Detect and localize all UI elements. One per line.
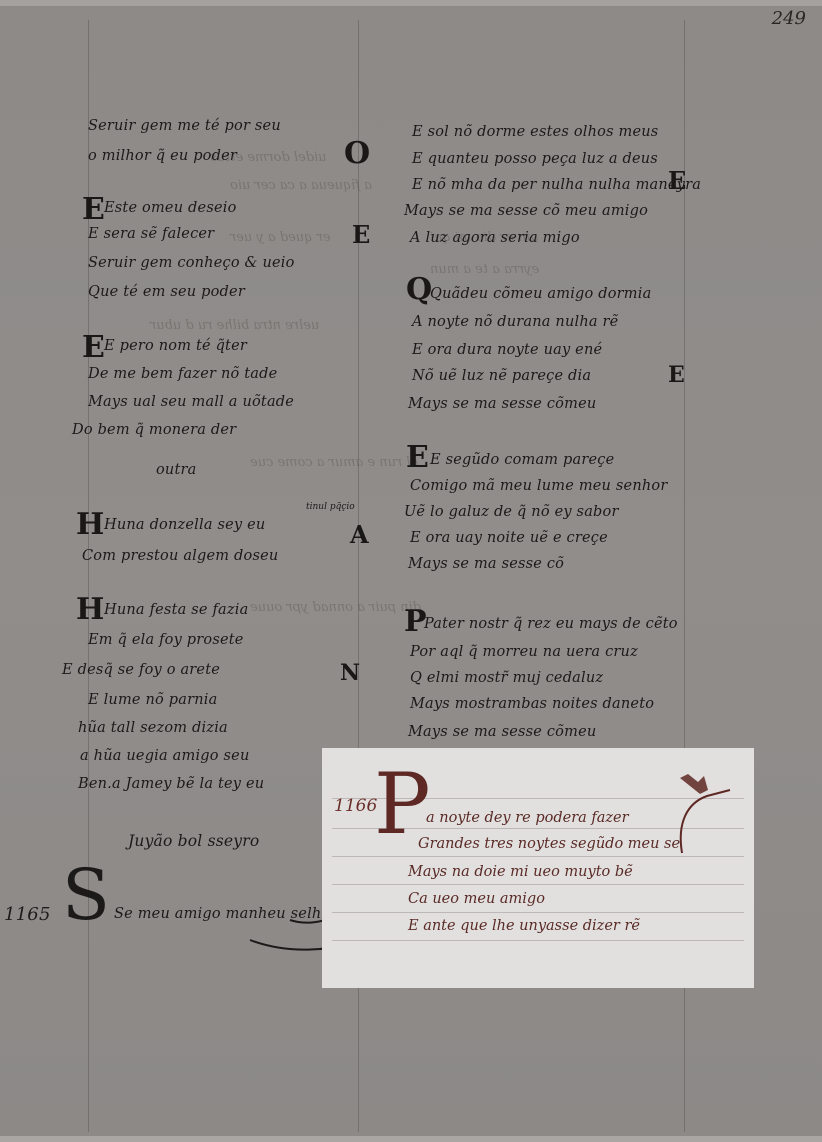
initial-E: E bbox=[406, 440, 429, 475]
right-column: E sol nõ dorme estes olhos meus E quante… bbox=[360, 0, 690, 760]
initial-H: H bbox=[76, 507, 105, 542]
verse-line: Mays na doie mi ueo muyto bẽ bbox=[408, 864, 633, 880]
initial-E: E bbox=[82, 192, 105, 227]
verse-line: De me bem fazer nõ tade bbox=[88, 366, 277, 382]
verse-line: Nõ uẽ luz nẽ pareçe dia bbox=[412, 368, 591, 384]
verse-line: Este omeu deseio bbox=[104, 200, 237, 216]
verse-line: Seruir gem me té por seu bbox=[88, 118, 281, 134]
verse-line: Que té em seu poder bbox=[88, 284, 245, 300]
verse-line: Mays mostrambas noites daneto bbox=[410, 696, 654, 712]
verse-line: Uẽ lo galuz de q̃ nõ ey sabor bbox=[404, 504, 619, 520]
verse-line: Huna donzella sey eu bbox=[104, 517, 265, 533]
verse-line: Por aql q̃ morreu na uera cruz bbox=[410, 644, 638, 660]
verse-line: a noyte dey re podera fazer bbox=[426, 810, 629, 826]
verse-line: E nõ mha da per nulha nulha maneyra bbox=[412, 177, 701, 193]
verse-line: E pero nom té q̃ter bbox=[104, 338, 247, 354]
verse-line: Em q̃ ela foy prosete bbox=[88, 632, 244, 648]
verse-line: a hũa uegia amigo seu bbox=[80, 748, 250, 764]
verse-line: o milhor q̃ eu poder bbox=[88, 148, 237, 164]
verse-line: Seruir gem conheço & ueio bbox=[88, 255, 295, 271]
initial-Q: Q bbox=[406, 272, 432, 307]
ruling-line bbox=[332, 912, 744, 913]
verse-line: Comigo mã meu lume meu senhor bbox=[410, 478, 667, 494]
verse-line: Quãdeu cõmeu amigo dormia bbox=[430, 286, 651, 302]
decorated-initial-S: S bbox=[62, 860, 110, 930]
verse-line: Mays se ma sesse cõmeu bbox=[408, 396, 596, 412]
verse-line: A luz agora seria migo bbox=[410, 230, 580, 246]
marginal-flourish bbox=[652, 768, 752, 858]
margin-mark: N bbox=[340, 660, 360, 686]
verse-line: Pater nostr q̃ rez eu mays de cẽto bbox=[424, 616, 678, 632]
verse-line: Ben.a Jamey bẽ la tey eu bbox=[78, 776, 264, 792]
verse-line: A noyte nõ durana nulha rẽ bbox=[412, 314, 618, 330]
verse-line: E ante que lhe unyasse dizer rẽ bbox=[408, 918, 640, 934]
marginal-note: tinul pq̃çio bbox=[306, 502, 355, 512]
ruling-line bbox=[332, 940, 744, 941]
verse-line: Q elmi mostr̃ muj cedaluz bbox=[410, 670, 603, 686]
verse-line: E sol nõ dorme estes olhos meus bbox=[412, 124, 658, 140]
verse-line: Mays se ma sesse cõ bbox=[408, 556, 564, 572]
verse-line: Mays se ma sesse cõmeu bbox=[408, 724, 596, 740]
left-column: Seruir gem me té por seu o milhor q̃ eu … bbox=[0, 0, 360, 1142]
verse-line: E sera sẽ falecer bbox=[88, 226, 214, 242]
verse-line: Mays se ma sesse cõ meu amigo bbox=[404, 203, 648, 219]
decorated-initial-P: P bbox=[374, 762, 431, 846]
ruling-line bbox=[332, 884, 744, 885]
verse-line: E desq̃ se foy o arete bbox=[62, 662, 220, 678]
verse-line: E ora uay noite uẽ e creçe bbox=[410, 530, 608, 546]
verse-line: Mays ual seu mall a uõtade bbox=[88, 394, 294, 410]
poem-number: 1166 bbox=[334, 796, 377, 816]
author-name: Juyão bol sseyro bbox=[128, 832, 259, 850]
manuscript-page: 249 uidel dorme ettus a fiqueua a ca cer… bbox=[0, 0, 822, 1142]
verse-line-tail: outra bbox=[156, 462, 196, 478]
verse-line: Huna festa se fazia bbox=[104, 602, 248, 618]
verse-line: E segũdo comam pareçe bbox=[430, 452, 614, 468]
verse-line: Do bem q̃ monera der bbox=[72, 422, 236, 438]
highlighted-region: 1166 P a noyte dey re podera fazer Grand… bbox=[322, 748, 754, 988]
folio-number: 249 bbox=[772, 8, 806, 29]
verse-line: E quanteu posso peça luz a deus bbox=[412, 151, 658, 167]
verse-line: E ora dura noyte uay ené bbox=[412, 342, 602, 358]
verse-line: E lume nõ parnia bbox=[88, 692, 217, 708]
poem-number: 1165 bbox=[4, 904, 51, 925]
verse-line: hũa tall sezom dizia bbox=[78, 720, 228, 736]
initial-E: E bbox=[82, 330, 105, 365]
initial-H: H bbox=[76, 592, 105, 627]
verse-line: Grandes tres noytes segũdo meu se bbox=[418, 836, 680, 852]
verse-line: Com prestou algem doseu bbox=[82, 548, 278, 564]
verse-line: Ca ueo meu amigo bbox=[408, 891, 545, 907]
